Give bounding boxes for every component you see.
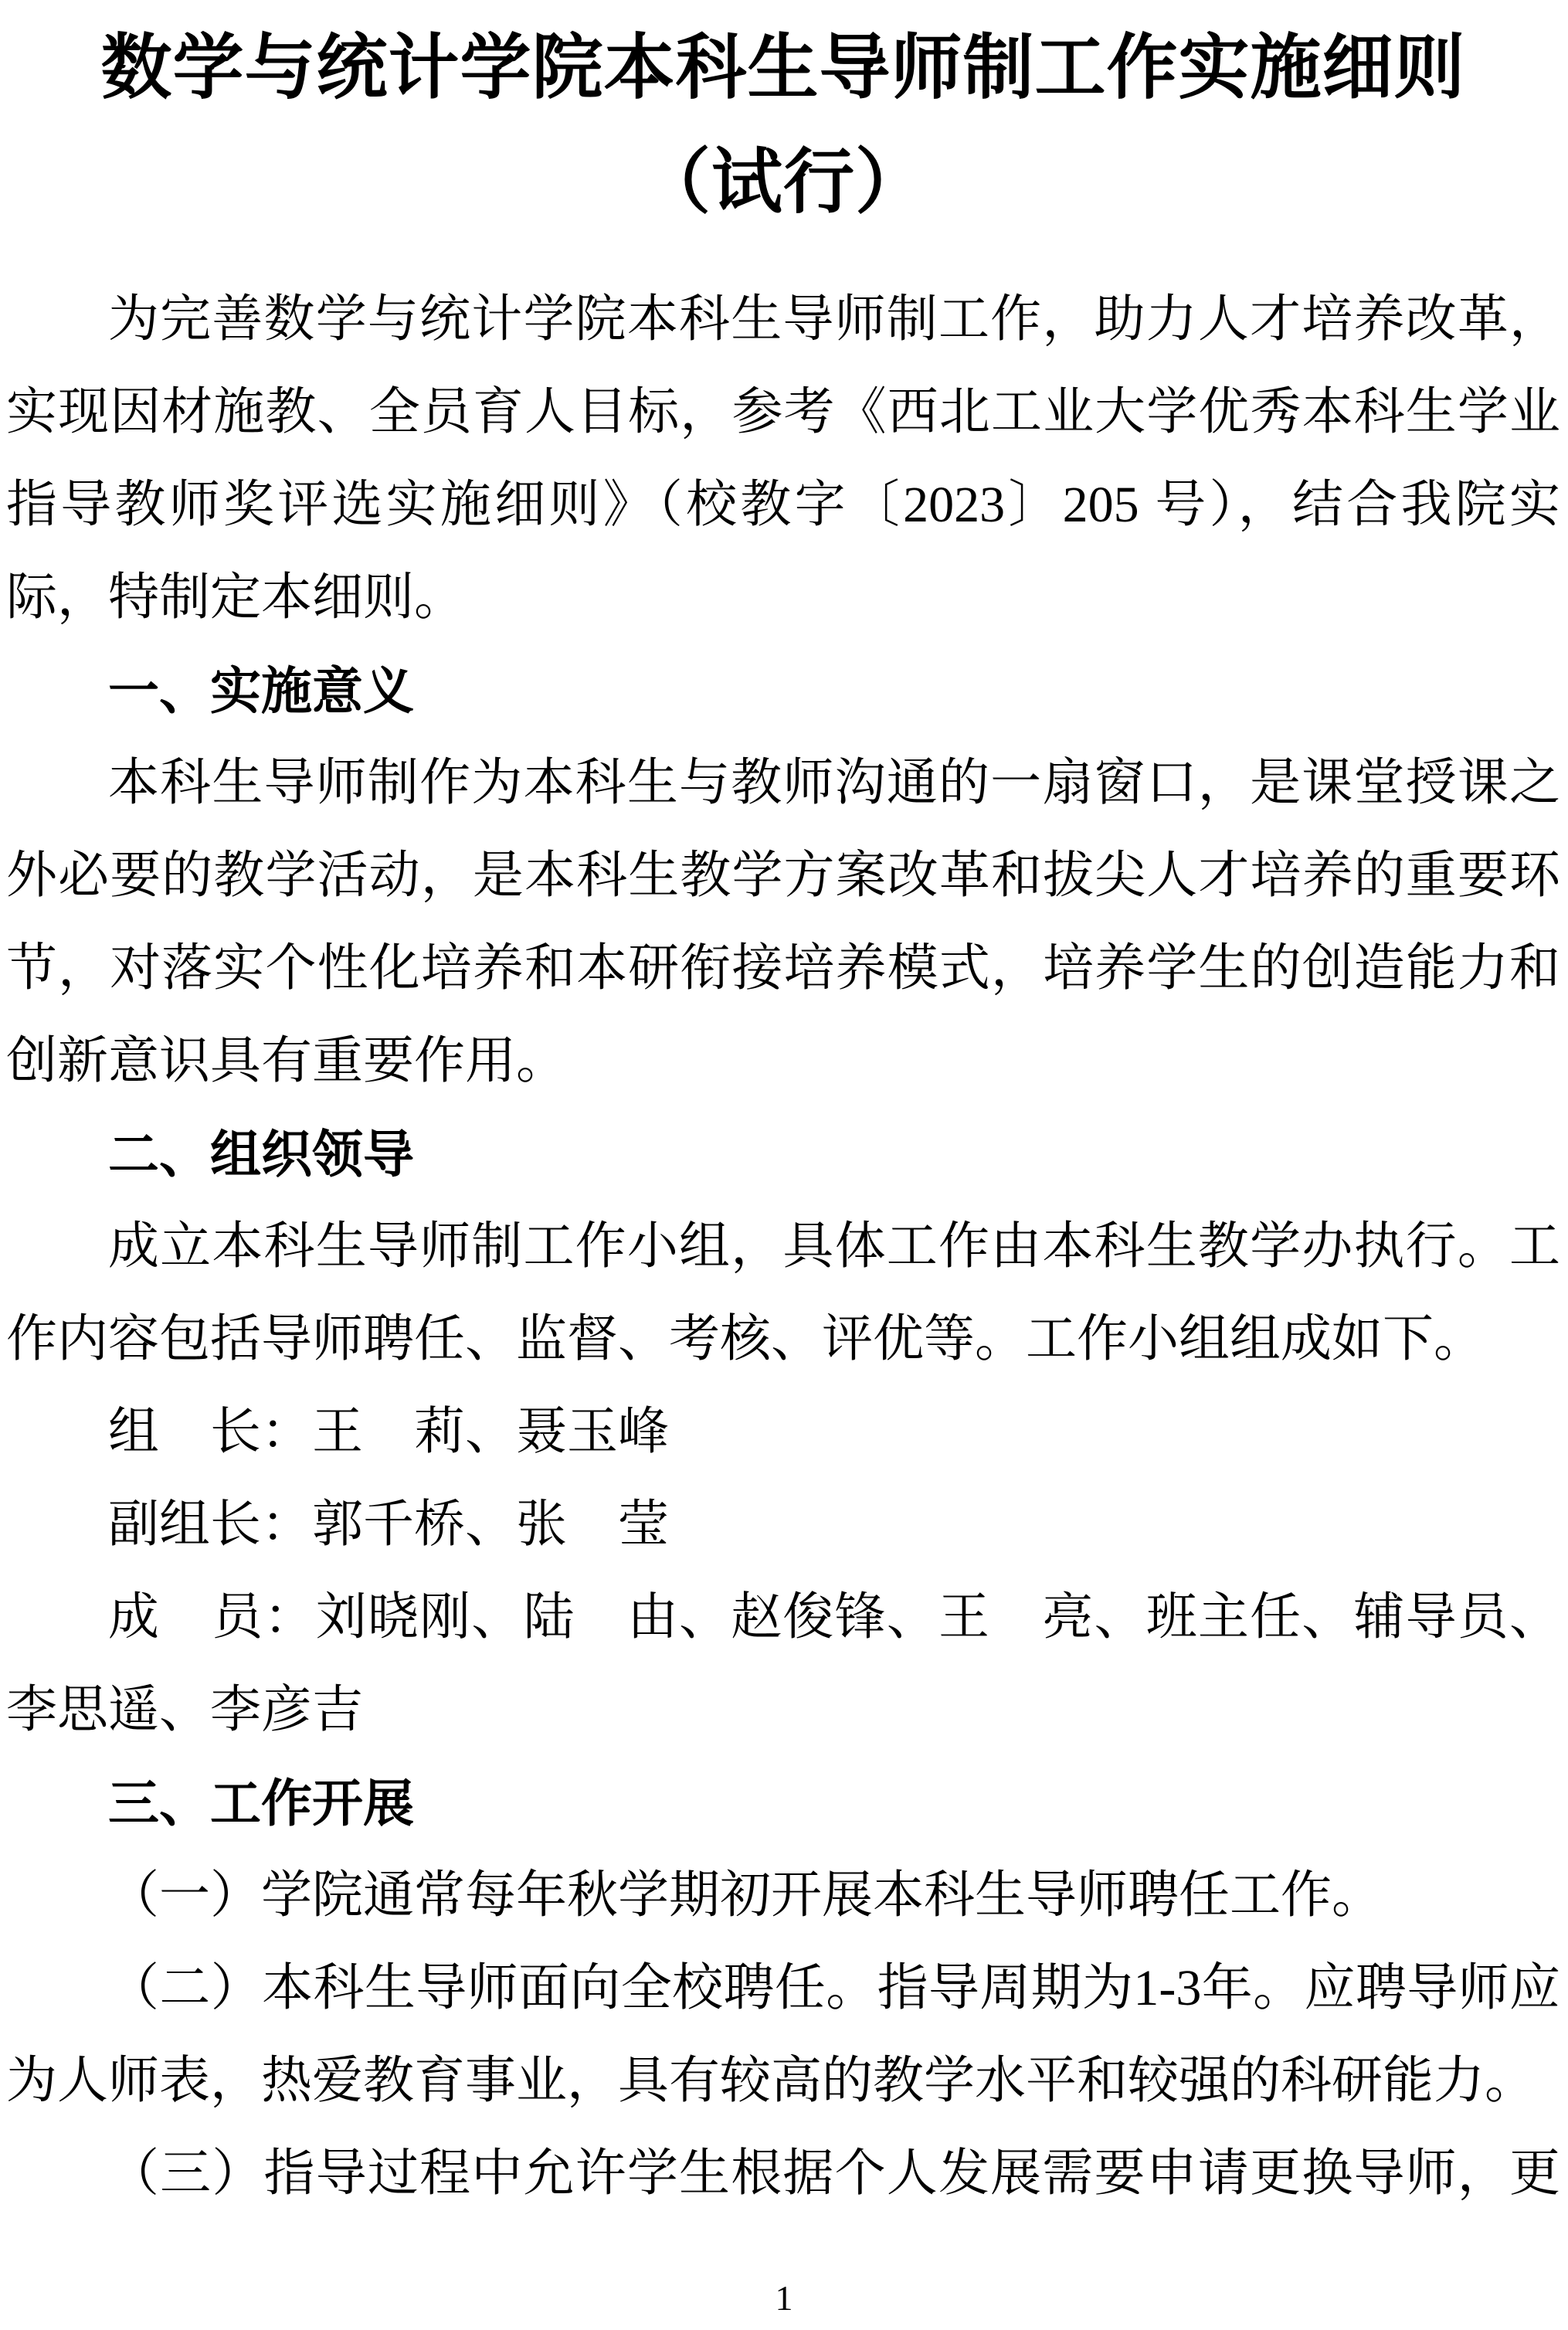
text-line: 本科生导师制作为本科生与教师沟通的一扇窗口，是课堂授课之 bbox=[6, 737, 1560, 830]
text-line: （三）指导过程中允许学生根据个人发展需要申请更换导师，更 bbox=[6, 2128, 1560, 2220]
text-line: 为完善数学与统计学院本科生导师制工作，助力人才培养改革， bbox=[6, 273, 1560, 366]
text-line: （二）本科生导师面向全校聘任。指导周期为1-3年。应聘导师应 bbox=[6, 1942, 1560, 2035]
section-heading: 一、实施意义 bbox=[6, 644, 1560, 737]
document-title: 数学与统计学院本科生导师制工作实施细则 （试行） bbox=[6, 6, 1560, 239]
body-paragraph: 成 员：刘晓刚、陆 由、赵俊锋、王 亮、班主任、辅导员、李思遥、李彦吉 bbox=[6, 1571, 1560, 1757]
body-paragraph: 组 长：王 莉、聂玉峰 bbox=[6, 1386, 1560, 1479]
text-line: 李思遥、李彦吉 bbox=[6, 1664, 1560, 1757]
text-line: 创新意识具有重要作用。 bbox=[6, 1015, 1560, 1108]
text-line: 际，特制定本细则。 bbox=[6, 552, 1560, 644]
heading-line: 二、组织领导 bbox=[6, 1108, 1560, 1201]
title-line-main: 数学与统计学院本科生导师制工作实施细则 bbox=[6, 11, 1560, 125]
text-line: 副组长：郭千桥、张 莹 bbox=[6, 1479, 1560, 1571]
title-line-sub: （试行） bbox=[6, 125, 1560, 239]
body-paragraph: （一）学院通常每年秋学期初开展本科生导师聘任工作。 bbox=[6, 1849, 1560, 1942]
text-line: 指导教师奖评选实施细则》（校教字〔2023〕205 号），结合我院实 bbox=[6, 459, 1560, 552]
text-line: 节，对落实个性化培养和本研衔接培养模式，培养学生的创造能力和 bbox=[6, 922, 1560, 1015]
body-paragraph: 副组长：郭千桥、张 莹 bbox=[6, 1479, 1560, 1571]
text-line: （一）学院通常每年秋学期初开展本科生导师聘任工作。 bbox=[6, 1849, 1560, 1942]
document-body: 为完善数学与统计学院本科生导师制工作，助力人才培养改革，实现因材施教、全员育人目… bbox=[6, 273, 1560, 2220]
heading-line: 一、实施意义 bbox=[6, 644, 1560, 737]
text-line: 为人师表，热爱教育事业，具有较高的教学水平和较强的科研能力。 bbox=[6, 2035, 1560, 2128]
heading-line: 三、工作开展 bbox=[6, 1757, 1560, 1849]
body-paragraph: 本科生导师制作为本科生与教师沟通的一扇窗口，是课堂授课之外必要的教学活动，是本科… bbox=[6, 737, 1560, 1108]
body-paragraph: （三）指导过程中允许学生根据个人发展需要申请更换导师，更 bbox=[6, 2128, 1560, 2220]
section-heading: 二、组织领导 bbox=[6, 1108, 1560, 1201]
text-line: 成立本科生导师制工作小组，具体工作由本科生教学办执行。工 bbox=[6, 1201, 1560, 1293]
text-line: 实现因材施教、全员育人目标，参考《西北工业大学优秀本科生学业 bbox=[6, 366, 1560, 459]
body-paragraph: 成立本科生导师制工作小组，具体工作由本科生教学办执行。工作内容包括导师聘任、监督… bbox=[6, 1201, 1560, 1386]
page-number: 1 bbox=[0, 2279, 1568, 2318]
document-page: 数学与统计学院本科生导师制工作实施细则 （试行） 为完善数学与统计学院本科生导师… bbox=[0, 0, 1568, 2330]
text-line: 成 员：刘晓刚、陆 由、赵俊锋、王 亮、班主任、辅导员、 bbox=[6, 1571, 1560, 1664]
body-paragraph: 为完善数学与统计学院本科生导师制工作，助力人才培养改革，实现因材施教、全员育人目… bbox=[6, 273, 1560, 644]
text-line: 作内容包括导师聘任、监督、考核、评优等。工作小组组成如下。 bbox=[6, 1293, 1560, 1386]
body-paragraph: （二）本科生导师面向全校聘任。指导周期为1-3年。应聘导师应为人师表，热爱教育事… bbox=[6, 1942, 1560, 2128]
text-line: 外必要的教学活动，是本科生教学方案改革和拔尖人才培养的重要环 bbox=[6, 830, 1560, 922]
section-heading: 三、工作开展 bbox=[6, 1757, 1560, 1849]
text-line: 组 长：王 莉、聂玉峰 bbox=[6, 1386, 1560, 1479]
